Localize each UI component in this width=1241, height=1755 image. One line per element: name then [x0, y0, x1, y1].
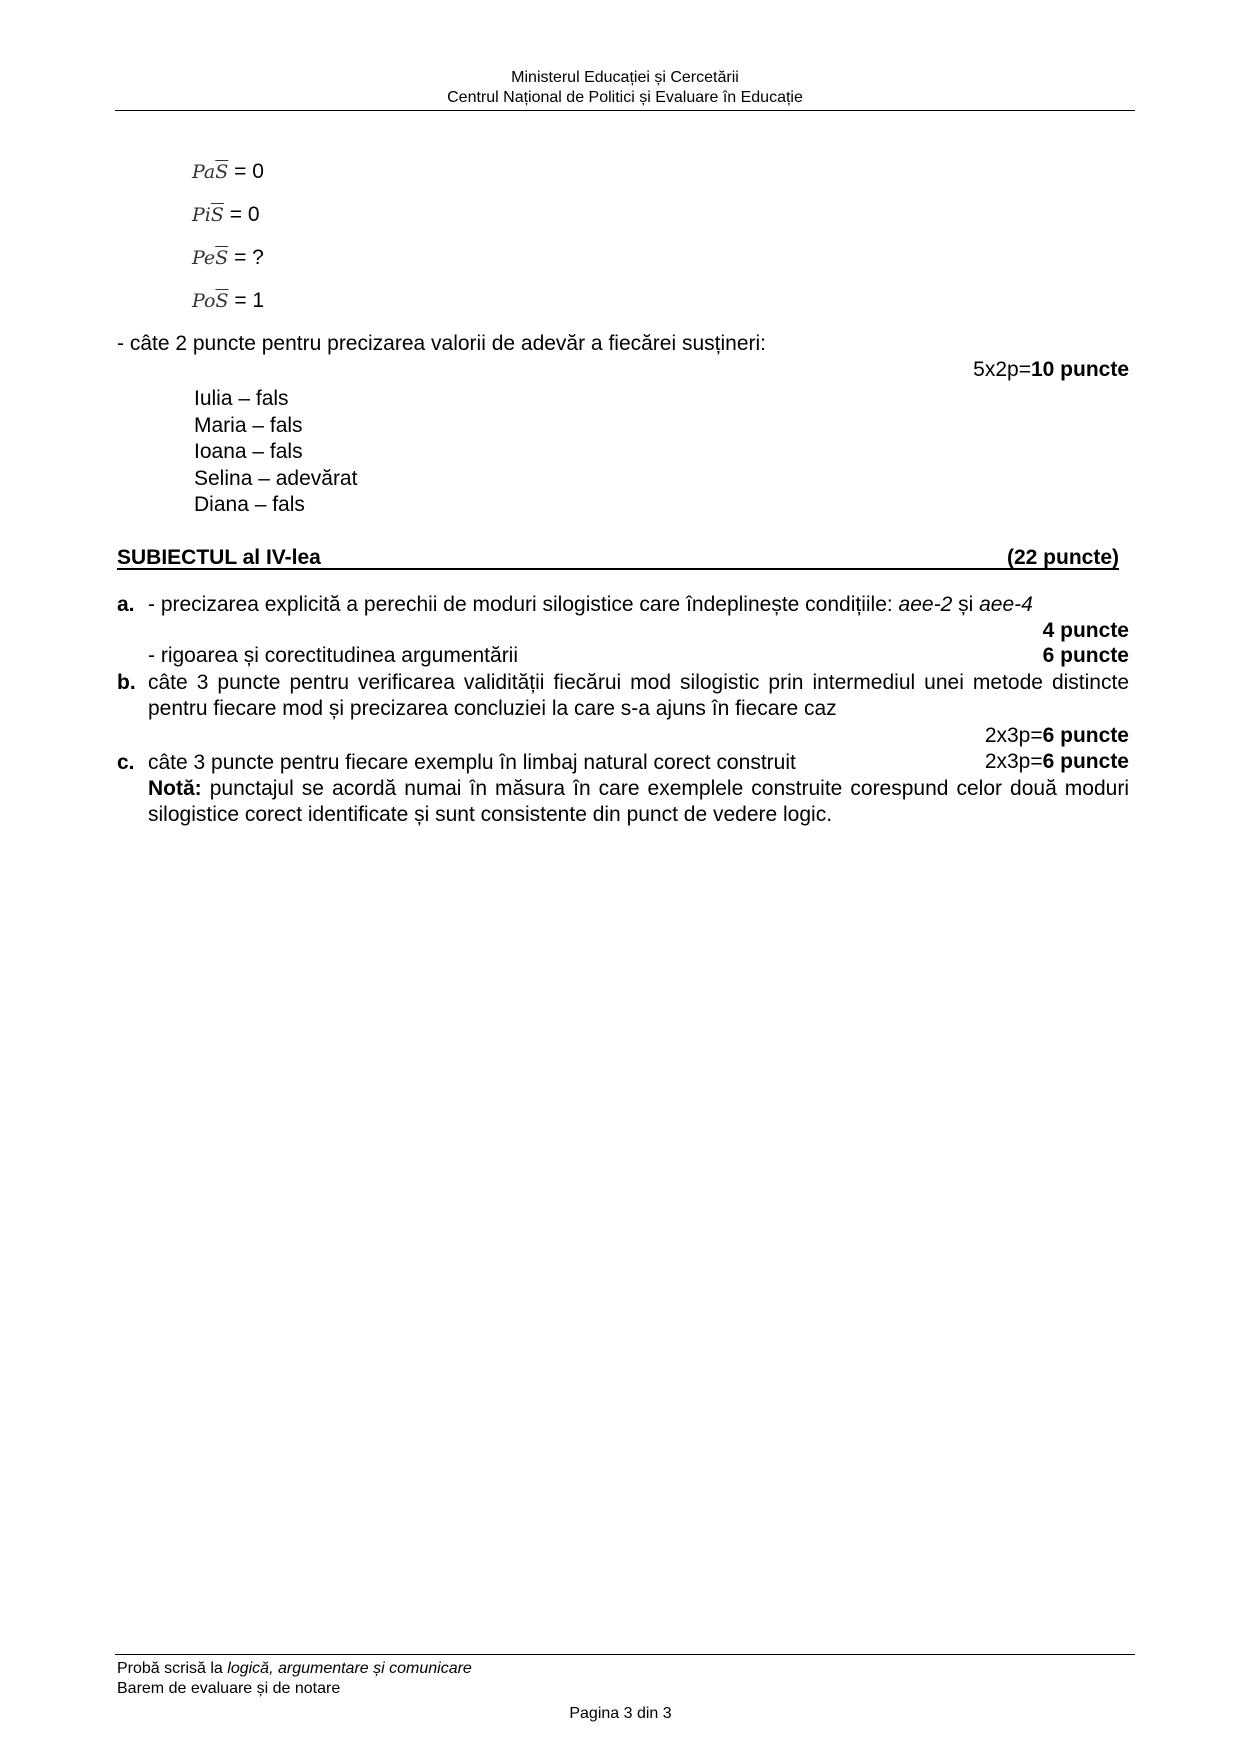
page-footer: Probă scrisă la logică, argumentare și c… [117, 1659, 472, 1699]
score-value: 6 puncte [1043, 750, 1129, 773]
formula-pes: PeS = ? [192, 246, 264, 270]
section-points: (22 puncte) [1007, 546, 1119, 570]
formula-negated-term: S [215, 161, 228, 183]
formula-value: = 0 [234, 160, 264, 183]
page-number: Pagina 3 din 3 [0, 1705, 1241, 1723]
note-label: Notă: [148, 777, 202, 800]
page-header: Ministerul Educației și Cercetării Centr… [115, 68, 1135, 108]
item-a-score2: 6 puncte [1043, 644, 1129, 668]
item-label: b. [117, 670, 136, 696]
score-value: 10 puncte [1031, 358, 1129, 381]
list-item: Ioana – fals [194, 439, 357, 466]
score-prefix: 2x3p= [985, 750, 1043, 773]
formula-pas: PaS = 0 [192, 160, 264, 184]
item-b: b. câte 3 puncte pentru verificarea vali… [117, 670, 1129, 722]
formula-value: = 1 [234, 289, 264, 312]
barem-title: Barem de evaluare și de notare [117, 1679, 472, 1699]
note-text: Notă: punctajul se acordă numai în măsur… [148, 776, 1129, 828]
formula-value: = ? [234, 246, 264, 269]
item-a: a. - precizarea explicită a perechii de … [117, 592, 1129, 618]
item-text: - precizarea explicită a perechii de mod… [148, 593, 899, 616]
list-item: Selina – adevărat [194, 466, 357, 493]
formula-negated-term: S [215, 247, 228, 269]
formula-pis: PiS = 0 [192, 203, 260, 227]
item-c: c. câte 3 puncte pentru fiecare exemplu … [117, 750, 1129, 776]
item-label: c. [117, 750, 135, 776]
conjunction: și [952, 593, 979, 616]
item-b-text: câte 3 puncte pentru verificarea validit… [148, 670, 1129, 722]
list-item: Maria – fals [194, 413, 357, 440]
formula-term: Pi [192, 204, 211, 226]
formula-negated-term: S [211, 204, 224, 226]
footer-text: Probă scrisă la [117, 1660, 227, 1677]
exam-subject: Probă scrisă la logică, argumentare și c… [117, 1659, 472, 1679]
item-a-score1: 4 puncte [1043, 619, 1129, 643]
truth-score: 5x2p=10 puncte [973, 358, 1129, 382]
truth-value-list: Iulia – fals Maria – fals Ioana – fals S… [194, 386, 357, 519]
syllogism-mode: aee-4 [979, 593, 1033, 616]
item-c-text: câte 3 puncte pentru fiecare exemplu în … [148, 750, 1129, 776]
item-c-score: 2x3p=6 puncte [985, 750, 1129, 774]
item-a-text: - precizarea explicită a perechii de mod… [148, 592, 1129, 618]
formula-negated-term: S [215, 290, 228, 312]
score-prefix: 2x3p= [985, 724, 1043, 747]
list-item: Diana – fals [194, 492, 357, 519]
score-prefix: 5x2p= [973, 358, 1031, 381]
item-b-score: 2x3p=6 puncte [985, 724, 1129, 748]
footer-divider [115, 1654, 1135, 1655]
item-a-text2: - rigoarea și corectitudinea argumentări… [148, 644, 518, 668]
formula-term: Po [192, 290, 215, 312]
note-body: punctajul se acordă numai în măsura în c… [148, 777, 1129, 826]
list-item: Iulia – fals [194, 386, 357, 413]
formula-pos: PoS = 1 [192, 289, 264, 313]
score-value: 6 puncte [1043, 724, 1129, 747]
formula-term: Pa [192, 161, 215, 183]
item-label: a. [117, 592, 135, 618]
section-heading: SUBIECTUL al IV-lea (22 puncte) [117, 546, 1119, 570]
truth-instruction: - câte 2 puncte pentru precizarea valori… [117, 332, 766, 356]
ministry-name: Ministerul Educației și Cercetării [115, 68, 1135, 88]
subject-name: logică, argumentare și comunicare [227, 1660, 472, 1677]
item-c-note: Notă: punctajul se acordă numai în măsur… [117, 776, 1129, 828]
formula-value: = 0 [230, 203, 260, 226]
section-title: SUBIECTUL al IV-lea [117, 546, 321, 569]
center-name: Centrul Național de Politici și Evaluare… [115, 88, 1135, 108]
header-divider [115, 110, 1135, 111]
syllogism-mode: aee-2 [899, 593, 953, 616]
formula-term: Pe [192, 247, 215, 269]
